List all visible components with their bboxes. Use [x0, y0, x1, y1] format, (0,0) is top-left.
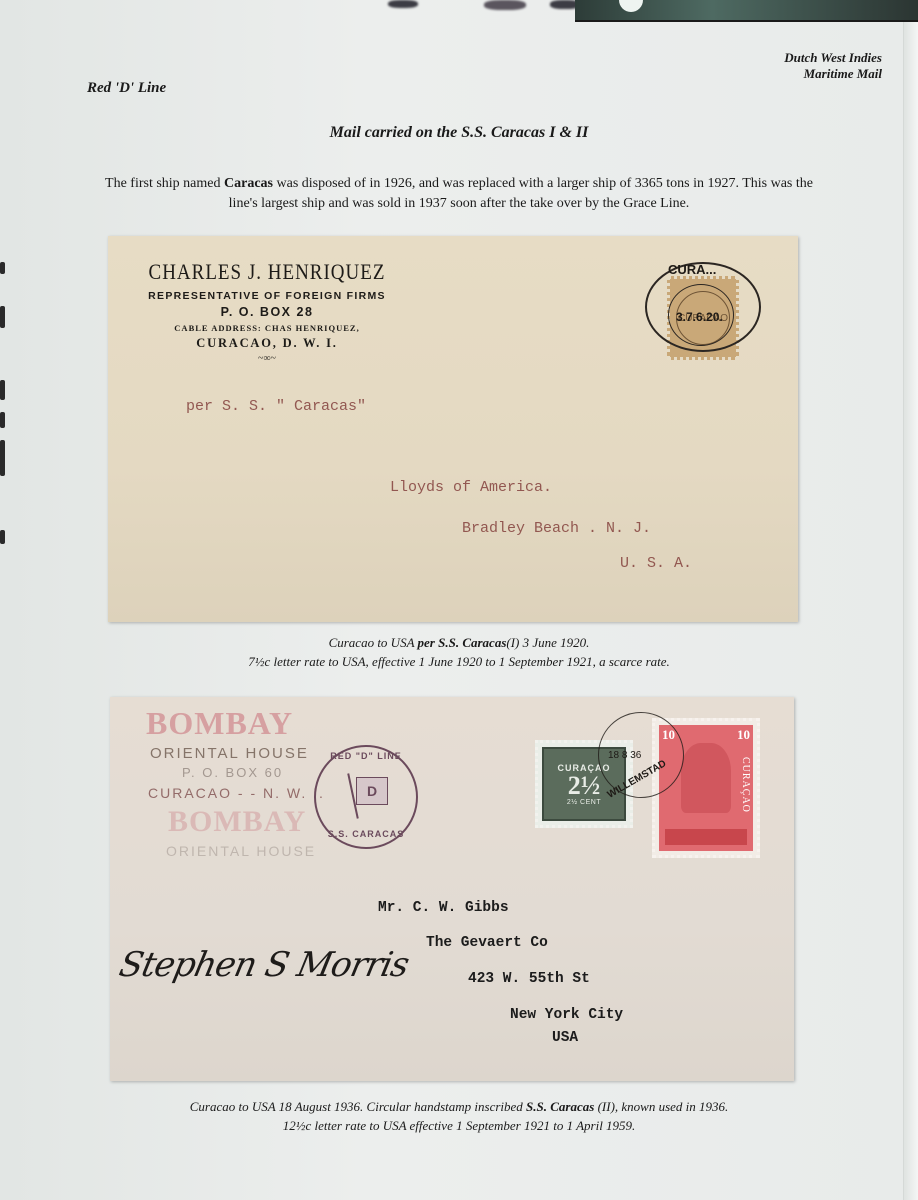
handstamp-top-text: RED "D" LINE [316, 751, 416, 761]
binder-mark [0, 380, 5, 400]
binder-mark [0, 306, 5, 328]
stamp-value: 2½ [568, 773, 601, 799]
stamp-denomination: 2½ CENT [567, 799, 601, 806]
binder-mark [0, 262, 5, 274]
sender-line: P. O. BOX 28 [142, 305, 392, 319]
address-line: New York City [510, 1007, 623, 1023]
page-title: Mail carried on the S.S. Caracas I & II [0, 124, 918, 142]
bombay-cachet-line: CURACAO - - N. W. I. [148, 785, 325, 801]
page-edge [903, 0, 918, 1200]
collection-line-1: Dutch West Indies [784, 50, 882, 66]
caption-cover-2: Curacao to USA 18 August 1936. Circular … [0, 1097, 918, 1135]
address-line: U. S. A. [620, 555, 692, 572]
stamp-value: 10 [737, 727, 750, 743]
address-line: The Gevaert Co [426, 935, 548, 951]
ship-vignette [665, 829, 747, 845]
bombay-cachet-line: BOMBAY [146, 705, 293, 742]
intro-bold: Caracas [224, 176, 273, 191]
binder-mark [0, 530, 5, 544]
signature: Stephen S Morris [116, 945, 412, 985]
ship-endorsement: per S. S. " Caracas" [186, 398, 366, 415]
collection-line-2: Maritime Mail [784, 66, 882, 82]
queen-portrait [681, 743, 731, 813]
ink-stain [575, 0, 918, 22]
section-title: Red 'D' Line [87, 80, 166, 97]
caption-line-1: Curacao to USA per S.S. Caracas(I) 3 Jun… [0, 633, 918, 652]
address-line: Lloyds of America. [390, 479, 552, 496]
ink-blot [484, 0, 526, 10]
postmark-date: 18 8 36 [608, 750, 641, 761]
caption-line-2: 7½c letter rate to USA, effective 1 June… [0, 652, 918, 671]
collection-title: Dutch West Indies Maritime Mail [784, 50, 882, 82]
bombay-cachet-line: ORIENTAL HOUSE [150, 745, 309, 762]
address-line: Bradley Beach . N. J. [462, 520, 651, 537]
red-d-line-handstamp: RED "D" LINE D S.S. CARACAS [314, 745, 418, 849]
postmark-town: CURA... [668, 262, 716, 277]
intro-paragraph: The first ship named Caracas was dispose… [100, 174, 818, 214]
caption-line-2: 12½c letter rate to USA effective 1 Sept… [0, 1116, 918, 1135]
ink-blot [388, 0, 418, 8]
corner-card: CHARLES J. HENRIQUEZ REPRESENTATIVE OF F… [142, 262, 392, 364]
sender-line: REPRESENTATIVE OF FOREIGN FIRMS [142, 290, 392, 302]
postmark-date: 3.7.6.20. [676, 310, 723, 324]
address-line: Mr. C. W. Gibbs [378, 900, 509, 916]
bombay-cachet-line: BOMBAY [168, 805, 306, 839]
binder-mark [0, 440, 5, 476]
binder-mark [0, 412, 5, 428]
caption-cover-1: Curacao to USA per S.S. Caracas(I) 3 Jun… [0, 633, 918, 671]
caption-line-1: Curacao to USA 18 August 1936. Circular … [0, 1097, 918, 1116]
sender-line: CABLE ADDRESS: CHAS HENRIQUEZ, [142, 323, 392, 333]
address-line: USA [552, 1030, 578, 1046]
flag-icon: D [356, 777, 388, 805]
intro-text: The first ship named [105, 176, 224, 191]
bombay-cachet-line: ORIENTAL HOUSE [166, 843, 316, 859]
sender-line: CURACAO, D. W. I. [142, 336, 392, 351]
ornament-icon: ~∞~ [142, 353, 392, 364]
handstamp-bottom-text: S.S. CARACAS [316, 829, 416, 839]
sender-name: CHARLES J. HENRIQUEZ [142, 260, 392, 285]
bombay-cachet-line: P. O. BOX 60 [182, 765, 283, 780]
intro-text: was disposed of in 1926, and was replace… [229, 176, 813, 211]
stamp-country: CURAÇAO [740, 757, 751, 813]
address-line: 423 W. 55th St [468, 971, 590, 987]
